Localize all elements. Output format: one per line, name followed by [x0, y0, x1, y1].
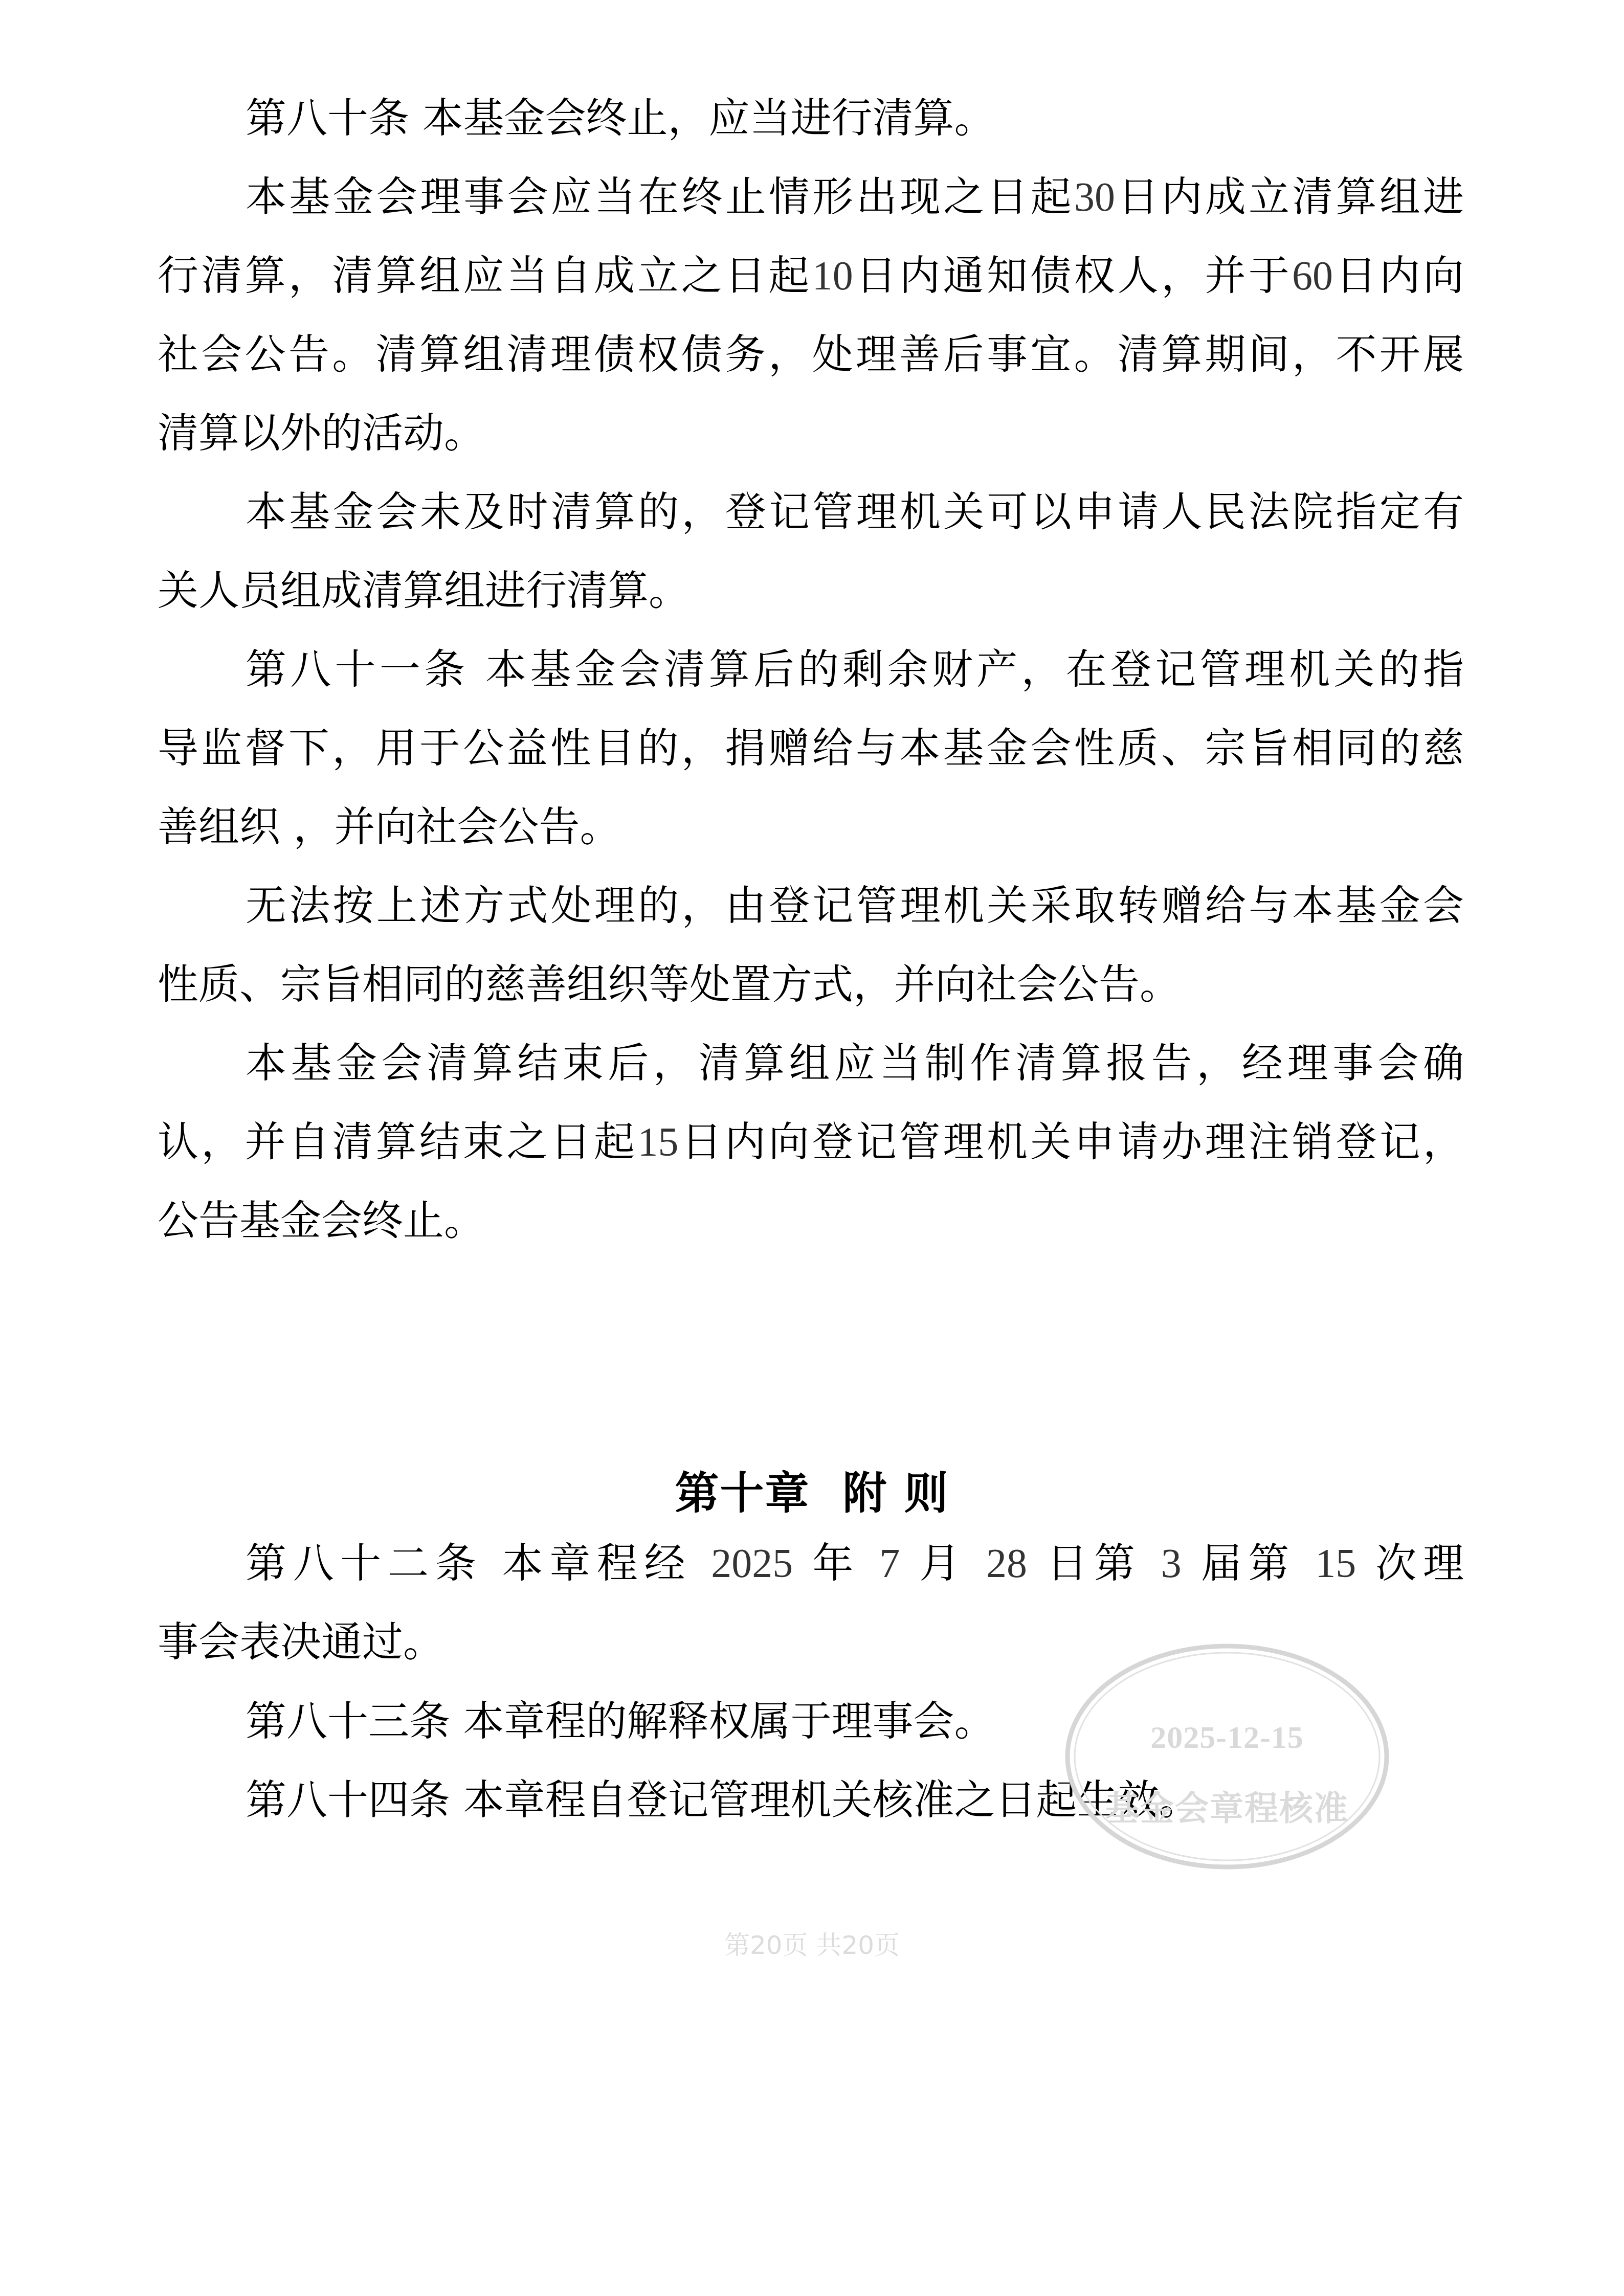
article-83: 第八十三条 本章程的解释权属于理事会。: [158, 1682, 1464, 1761]
page-indicator: 第20页 共20页: [0, 1931, 1624, 1960]
paragraph-line: 第八十一条 本基金会清算后的剩余财产，在登记管理机关的指: [158, 630, 1464, 709]
article-80-paragraph-3: 本基金会未及时清算的，登记管理机关可以申请人民法院指定有 关人员组成清算组进行清…: [158, 472, 1464, 630]
article-82: 第八十二条 本章程经 2025 年 7 月 28 日第 3 届第 15 次理 事…: [158, 1524, 1464, 1681]
paragraph-line: 事会表决通过。: [158, 1603, 1464, 1681]
paragraph-line: 性质、宗旨相同的慈善组织等处置方式，并向社会公告。: [158, 945, 1464, 1024]
paragraph-line: 本基金会未及时清算的，登记管理机关可以申请人民法院指定有: [158, 472, 1464, 551]
chapter-heading: 第十章 附 则: [0, 1464, 1624, 1524]
paragraph-line: 公告基金会终止。: [158, 1181, 1464, 1260]
article-81-paragraph-2: 无法按上述方式处理的，由登记管理机关采取转赠给与本基金会 性质、宗旨相同的慈善组…: [158, 866, 1464, 1024]
article-80-paragraph-2: 本基金会理事会应当在终止情形出现之日起30日内成立清算组进 行清算，清算组应当自…: [158, 157, 1464, 472]
paragraph-line: 第八十四条 本章程自登记管理机关核准之日起生效。: [158, 1761, 1464, 1839]
number-text: 7: [879, 1541, 900, 1586]
number-text: 2025: [711, 1541, 793, 1586]
paragraph-line: 第八十条 本基金会终止，应当进行清算。: [158, 79, 1464, 157]
number-text: 15: [1315, 1541, 1356, 1586]
paragraph-line: 无法按上述方式处理的，由登记管理机关采取转赠给与本基金会: [158, 866, 1464, 945]
number-text: 30: [1074, 175, 1115, 220]
number-text: 10: [812, 254, 853, 299]
paragraph-line: 关人员组成清算组进行清算。: [158, 551, 1464, 630]
paragraph-line: 第八十二条 本章程经 2025 年 7 月 28 日第 3 届第 15 次理: [158, 1524, 1464, 1603]
number-text: 60: [1292, 254, 1333, 299]
document-page: 第八十条 本基金会终止，应当进行清算。 本基金会理事会应当在终止情形出现之日起3…: [0, 0, 1624, 2296]
article-81: 第八十一条 本基金会清算后的剩余财产，在登记管理机关的指 导监督下，用于公益性目…: [158, 630, 1464, 866]
paragraph-line: 第八十三条 本章程的解释权属于理事会。: [158, 1682, 1464, 1761]
number-text: 15: [637, 1120, 678, 1165]
paragraph-line: 清算以外的活动。: [158, 394, 1464, 472]
number-text: 3: [1161, 1541, 1182, 1586]
paragraph-line: 本基金会清算结束后，清算组应当制作清算报告，经理事会确: [158, 1024, 1464, 1102]
paragraph-line: 善组织 ，并向社会公告。: [158, 787, 1464, 866]
paragraph-line: 认，并自清算结束之日起15日内向登记管理机关申请办理注销登记，: [158, 1102, 1464, 1181]
paragraph-line: 社会公告。清算组清理债权债务，处理善后事宜。清算期间，不开展: [158, 315, 1464, 394]
number-text: 28: [986, 1541, 1027, 1586]
paragraph-line: 导监督下，用于公益性目的，捐赠给与本基金会性质、宗旨相同的慈: [158, 709, 1464, 787]
article-81-paragraph-3: 本基金会清算结束后，清算组应当制作清算报告，经理事会确 认，并自清算结束之日起1…: [158, 1024, 1464, 1260]
paragraph-line: 行清算，清算组应当自成立之日起10日内通知债权人，并于60日内向: [158, 236, 1464, 315]
paragraph-line: 本基金会理事会应当在终止情形出现之日起30日内成立清算组进: [158, 157, 1464, 236]
article-84: 第八十四条 本章程自登记管理机关核准之日起生效。: [158, 1761, 1464, 1839]
article-80: 第八十条 本基金会终止，应当进行清算。: [158, 79, 1464, 157]
